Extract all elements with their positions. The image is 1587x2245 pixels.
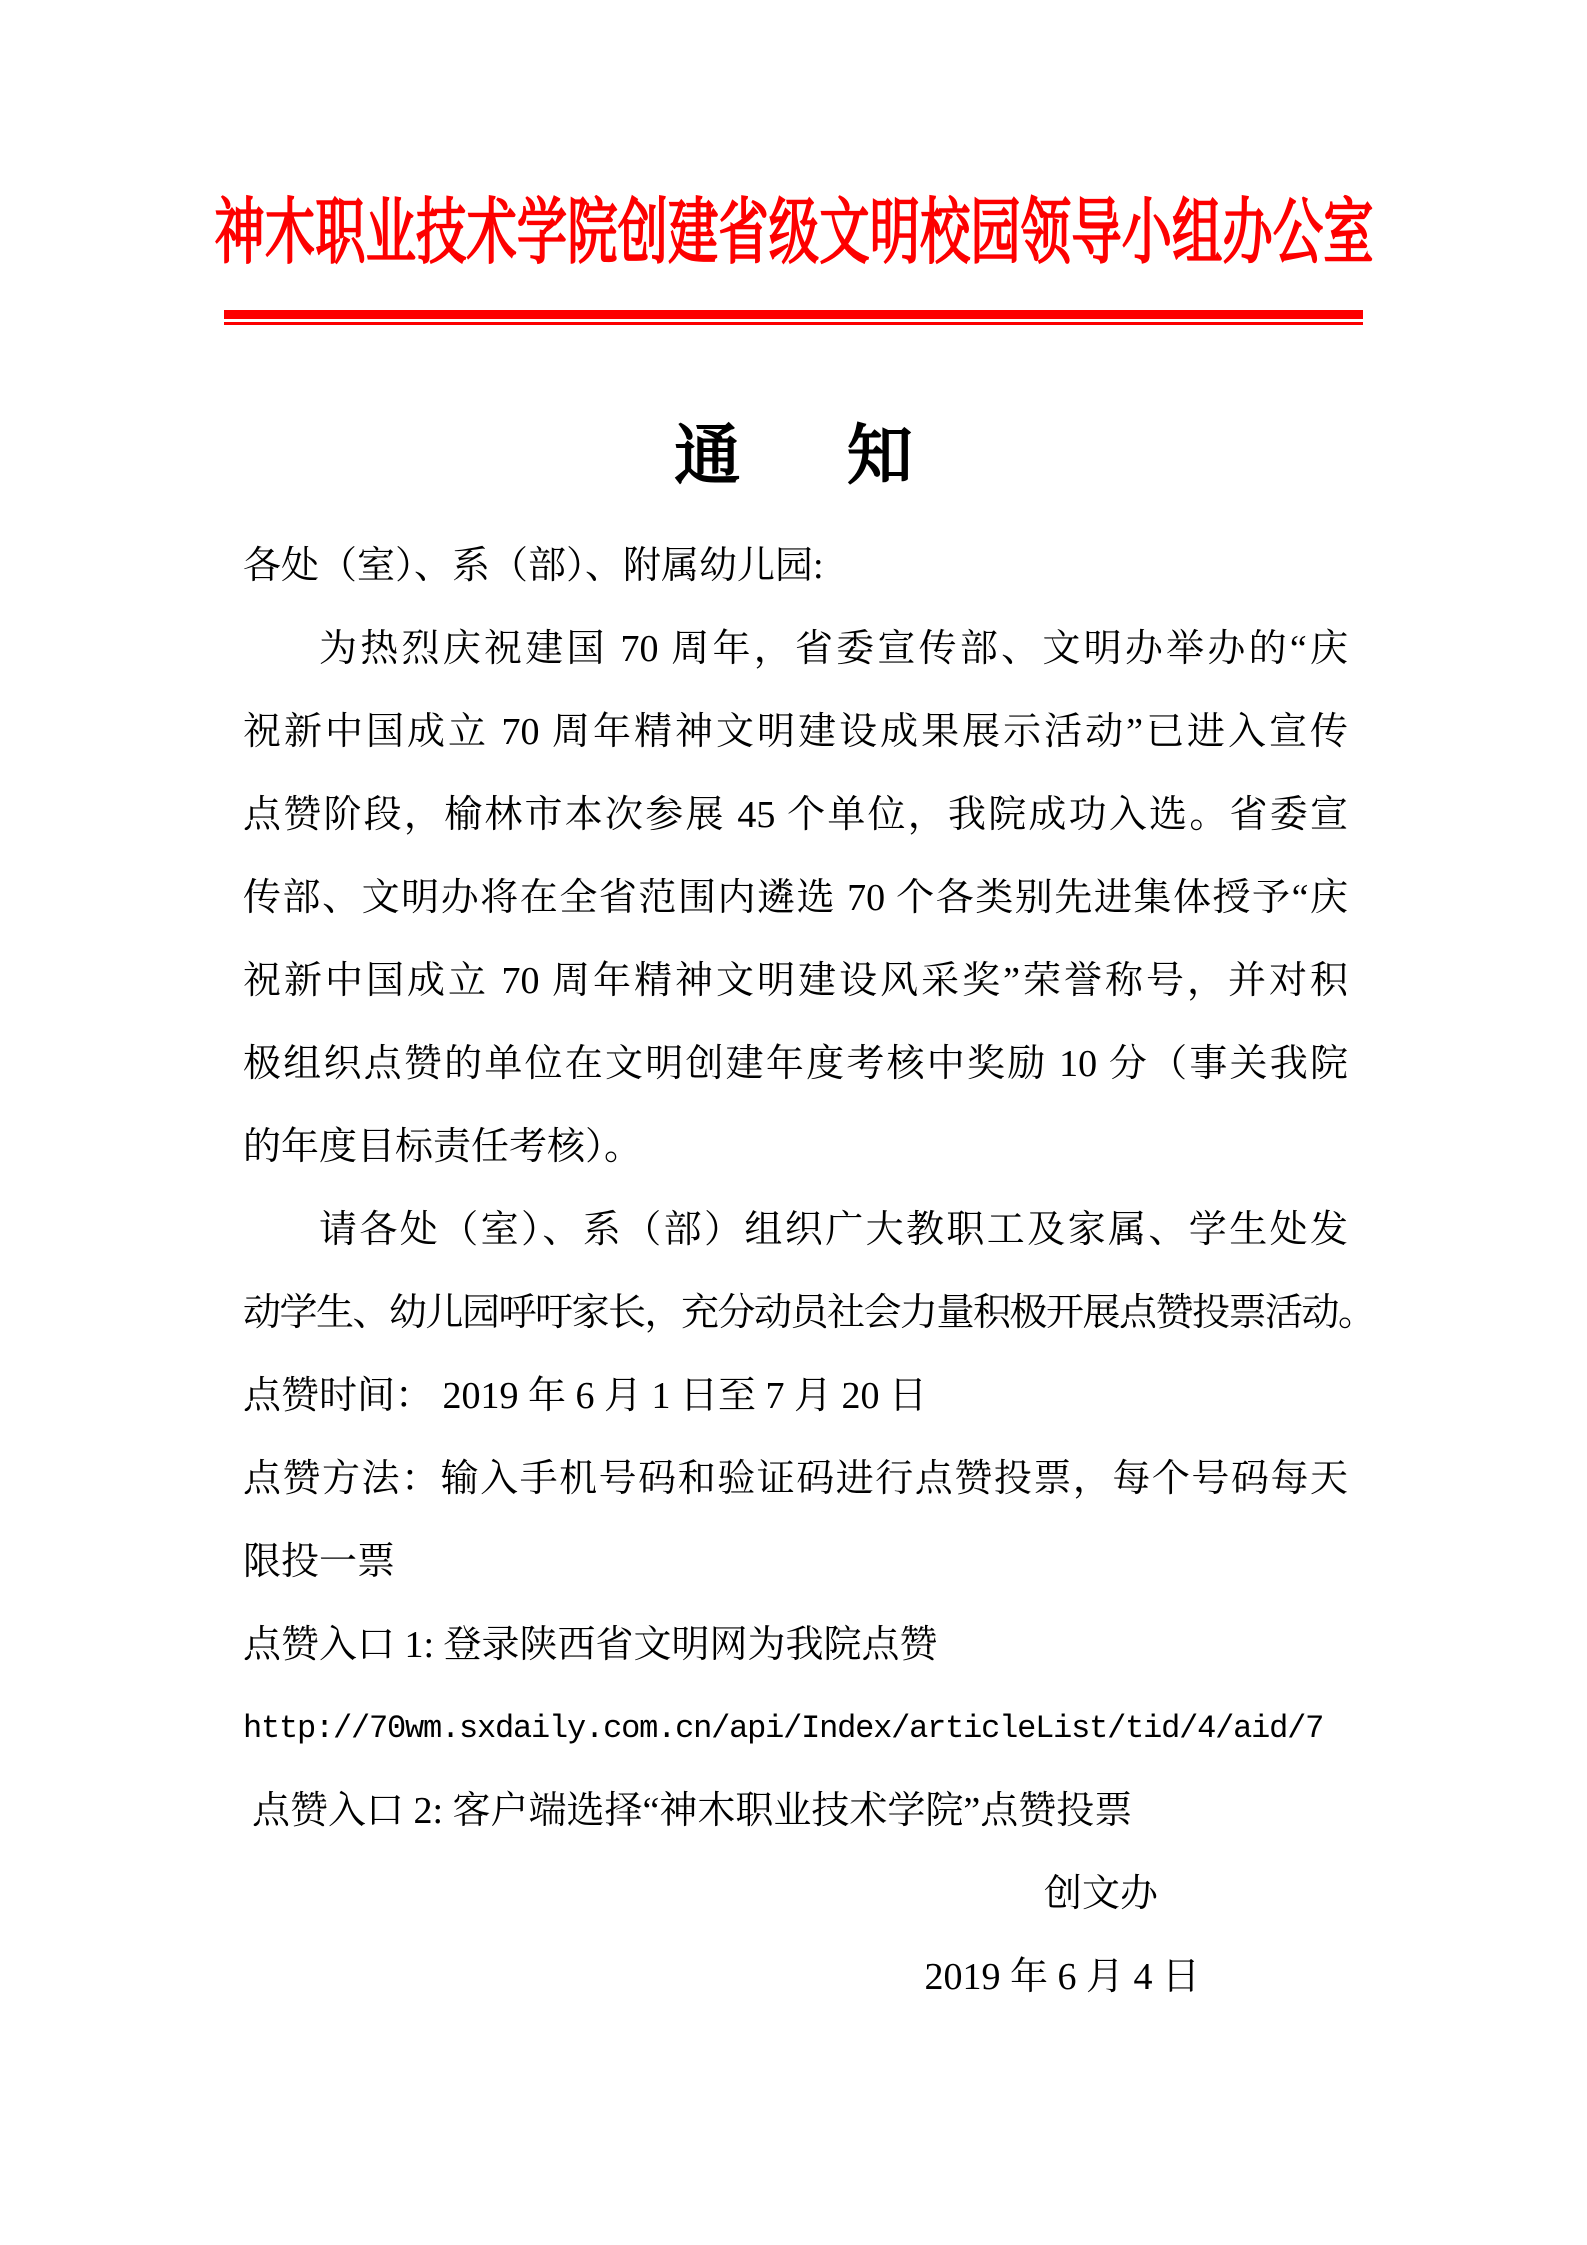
letterhead-rule-thick — [224, 310, 1363, 319]
notice-document-page: 神木职业技术学院创建省级文明校园领导小组办公室 通 知 各处（室）、系（部）、附… — [0, 0, 1587, 2245]
body-line: 限投一票 — [243, 1521, 1348, 1604]
body-line: 祝新中国成立 70 周年精神文明建设成果展示活动”已进入宣传 — [243, 691, 1348, 774]
vote-method-line: 点赞方法：输入手机号码和验证码进行点赞投票，每个号码每天 — [243, 1438, 1348, 1521]
body-line: 祝新中国成立 70 周年精神文明建设风采奖”荣誉称号，并对积 — [243, 940, 1348, 1023]
signature-date: 2019 年 6 月 4 日 — [243, 1936, 1348, 2019]
body-line: 传部、文明办将在全省范围内遴选 70 个各类别先进集体授予“庆 — [243, 857, 1348, 940]
vote-entry2-line: 点赞入口 2: 客户端选择“神木职业技术学院”点赞投票 — [243, 1770, 1348, 1853]
body-line: 为热烈庆祝建国 70 周年，省委宣传部、文明办举办的“庆 — [243, 608, 1348, 691]
vote-entry1-line: 点赞入口 1: 登录陕西省文明网为我院点赞 — [243, 1604, 1348, 1687]
body-line: 点赞阶段，榆林市本次参展 45 个单位，我院成功入选。省委宣 — [243, 774, 1348, 857]
signature: 创文办 — [243, 1853, 1348, 1936]
notice-title: 通 知 — [0, 424, 1587, 490]
salutation-line: 各处（室）、系（部）、附属幼儿园: — [243, 525, 1348, 608]
letterhead-rule-thin — [224, 322, 1363, 325]
body-line: 动学生、幼儿园呼吁家长，充分动员社会力量积极开展点赞投票活动。 — [243, 1272, 1348, 1355]
body-line: 请各处（室）、系（部）组织广大教职工及家属、学生处发 — [243, 1189, 1348, 1272]
body-line: 极组织点赞的单位在文明创建年度考核中奖励 10 分（事关我院 — [243, 1023, 1348, 1106]
notice-body: 各处（室）、系（部）、附属幼儿园: 为热烈庆祝建国 70 周年，省委宣传部、文明… — [243, 525, 1348, 2019]
letterhead: 神木职业技术学院创建省级文明校园领导小组办公室 — [0, 196, 1587, 272]
letterhead-org-title: 神木职业技术学院创建省级文明校园领导小组办公室 — [214, 196, 1373, 272]
body-line: 的年度目标责任考核）。 — [243, 1106, 1348, 1189]
vote-time-line: 点赞时间： 2019 年 6 月 1 日至 7 月 20 日 — [243, 1355, 1348, 1438]
vote-url: http://70wm.sxdaily.com.cn/api/Index/art… — [243, 1687, 1348, 1770]
